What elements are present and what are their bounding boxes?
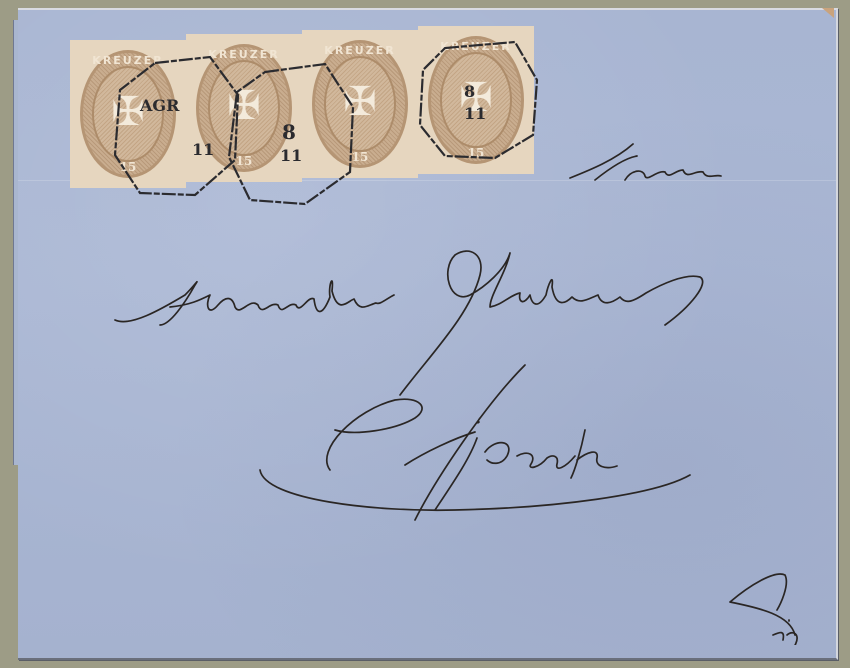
destination-handwriting bbox=[255, 360, 695, 530]
postal-cover-scene: ✠ KREUZER 15 ✠ KREUZER 15 ✠ KREUZER 15 ✠… bbox=[0, 0, 850, 668]
salutation-handwriting bbox=[565, 140, 725, 190]
stamp-legend: KREUZER bbox=[302, 44, 418, 57]
octagon-cancel-3 bbox=[415, 40, 540, 160]
cancel-day: 8 bbox=[282, 120, 296, 144]
cancel-day: 8 bbox=[464, 82, 475, 101]
cancel-date: 11 bbox=[192, 140, 214, 159]
cancel-date: 11 bbox=[464, 104, 486, 123]
cancel-date: 11 bbox=[280, 146, 302, 165]
octagon-cancel-1 bbox=[110, 55, 240, 200]
corner-pencil-note bbox=[725, 560, 815, 645]
cancel-text: AGR bbox=[140, 96, 179, 115]
